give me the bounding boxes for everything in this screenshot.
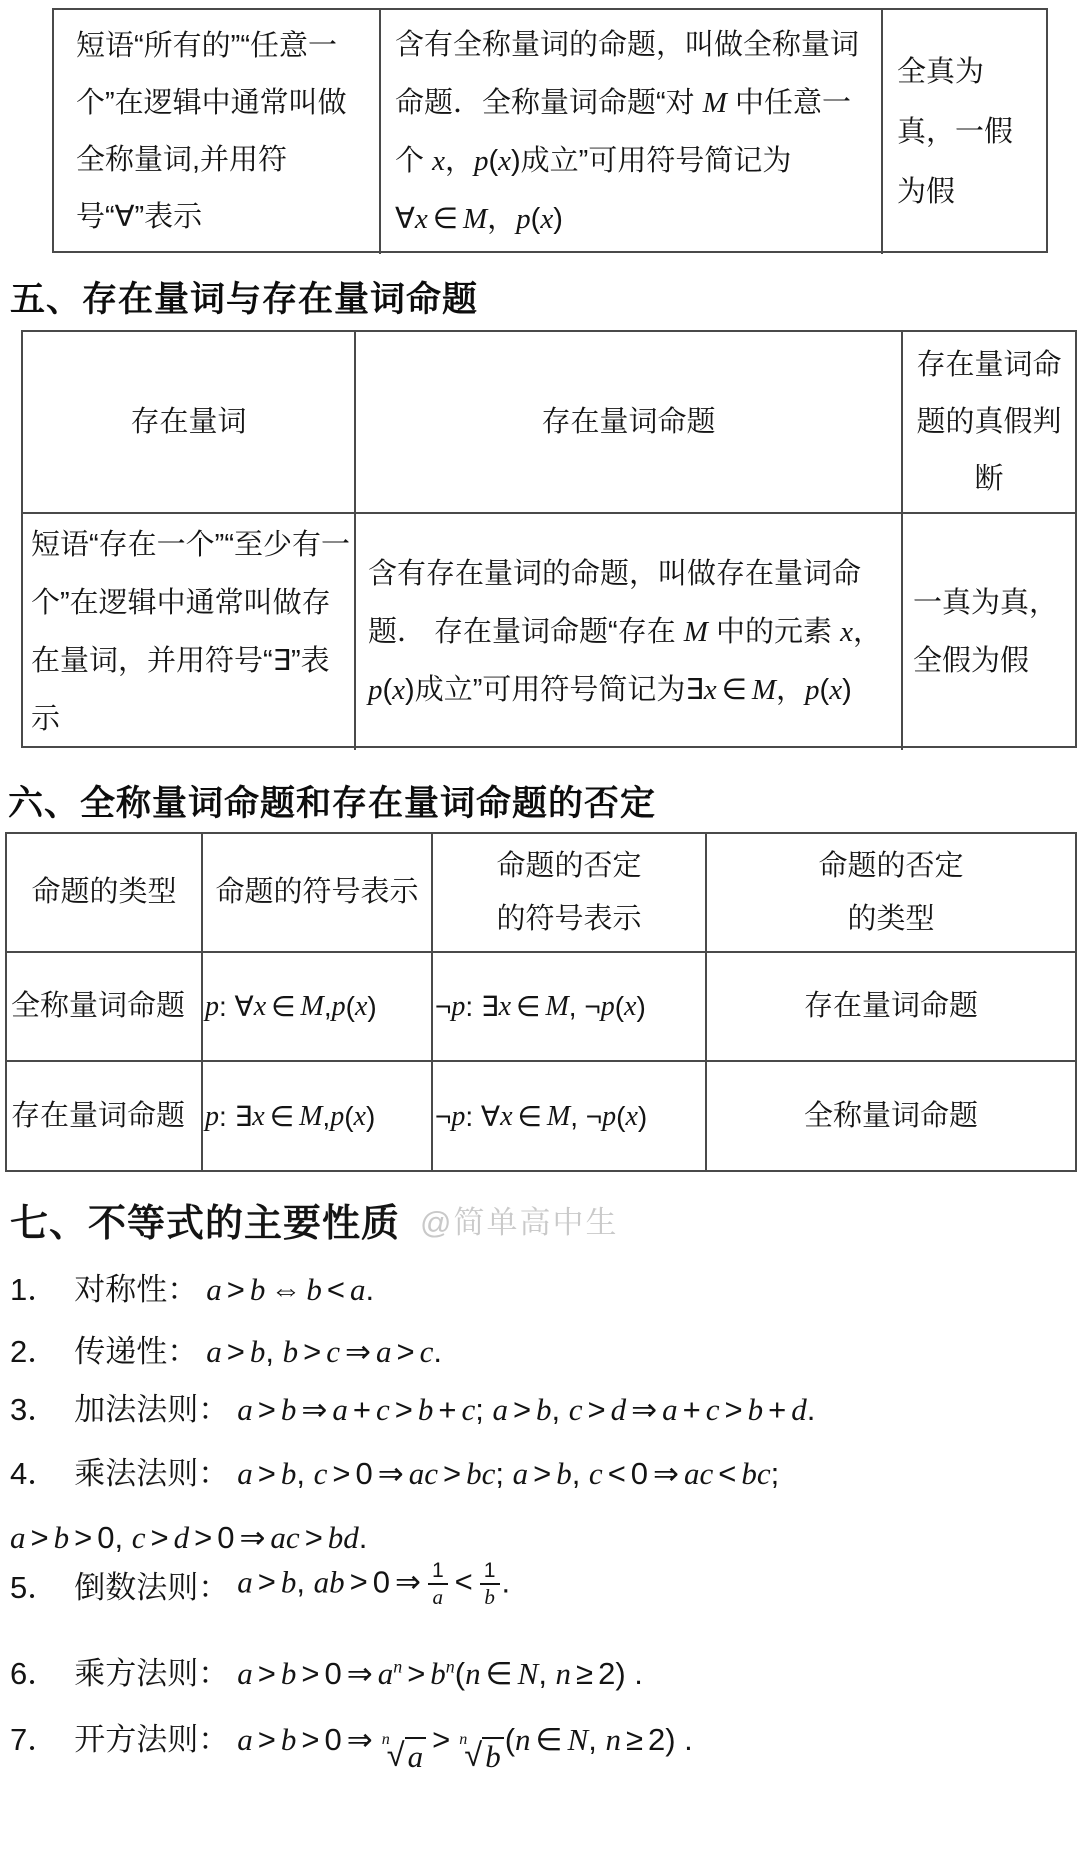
fraction: 1a [428, 1558, 448, 1611]
nth-root: n√a [379, 1737, 426, 1775]
property-item-root-rule: 7．开方法则：a>b>0⇒n√a>n√b(n∈N, n≥2) . [10, 1714, 693, 1775]
item-math: a>b⇔b<a. [206, 1272, 374, 1307]
property-item-transitivity: 2．传递性：a>b, b>c⇒a>c. [10, 1326, 442, 1371]
section-7-heading-row: 七、不等式的主要性质 @简单高中生 [10, 1192, 618, 1247]
item-label: 对称性： [74, 1272, 198, 1307]
item-number: 2． [10, 1334, 58, 1369]
item-label: 倒数法则： [74, 1562, 229, 1607]
negation-header-negation-type: 命题的否定 的类型 [707, 834, 1075, 953]
item-number: 5． [10, 1562, 58, 1607]
item-label: 传递性： [74, 1334, 198, 1369]
item-math: a>b>0⇒n√a>n√b(n∈N, n≥2) . [237, 1722, 693, 1757]
section-6-heading: 六、全称量词命题和存在量词命题的否定 [8, 776, 656, 826]
universal-proposition-cell: 含有全称量词的命题，叫做全称量词命题．全称量词命题“对 M 中任意一个 x，p(… [381, 10, 883, 254]
negation-header-symbolic: 命题的符号表示 [203, 834, 433, 953]
negation-header-type: 命题的类型 [7, 834, 203, 953]
item-math: a>b, ab>0⇒1a<1b. [237, 1558, 510, 1611]
existential-header-proposition: 存在量词命题 [356, 332, 903, 514]
negation-row-negation-type: 存在量词命题 [707, 953, 1075, 1062]
negation-row-type: 全称量词命题 [7, 953, 203, 1062]
universal-quantifier-table: 短语“所有的”“任意一个”在逻辑中通常叫做全称量词,并用符号“∀”表示 含有全称… [52, 8, 1048, 253]
section-5-heading: 五、存在量词与存在量词命题 [10, 272, 478, 322]
negation-header-negation-symbolic: 命题的否定 的符号表示 [433, 834, 707, 953]
property-item-reciprocal-rule: 5．倒数法则：a>b, ab>0⇒1a<1b. [10, 1558, 510, 1611]
item-math: a>b>0⇒an>bn(n∈N, n≥2) . [237, 1656, 643, 1691]
universal-truth-text: 全真为 真，一假 为假 [897, 42, 1013, 222]
item-number: 4． [10, 1456, 58, 1491]
item-number: 7． [10, 1722, 58, 1757]
universal-proposition-text: 含有全称量词的命题，叫做全称量词命题．全称量词命题“对 M 中任意一个 x，p(… [395, 16, 875, 248]
universal-quantifier-phrase-text: 短语“所有的”“任意一个”在逻辑中通常叫做全称量词,并用符号“∀”表示 [76, 18, 371, 246]
universal-quantifier-phrase-cell: 短语“所有的”“任意一个”在逻辑中通常叫做全称量词,并用符号“∀”表示 [54, 10, 381, 254]
negation-row-type: 存在量词命题 [7, 1062, 203, 1170]
property-item-multiplication-rule: 4．乘法法则：a>b, c>0⇒ac>bc; a>b, c<0⇒ac<bc;a>… [10, 1442, 1070, 1570]
section-7-heading: 七、不等式的主要性质 [10, 1192, 400, 1247]
item-number: 1． [10, 1272, 58, 1307]
item-label: 加法法则： [74, 1392, 229, 1427]
property-item-power-rule: 6．乘方法则：a>b>0⇒an>bn(n∈N, n≥2) . [10, 1648, 643, 1693]
existential-truth-cell: 一真为真， 全假为假 [903, 514, 1075, 750]
property-item-symmetry: 1．对称性：a>b⇔b<a. [10, 1264, 374, 1309]
document-page: 短语“所有的”“任意一个”在逻辑中通常叫做全称量词,并用符号“∀”表示 含有全称… [0, 0, 1080, 1854]
existential-proposition-text: 含有存在量词的命题，叫做存在量词命题． 存在量词命题“存在 M 中的元素 x，p… [368, 545, 895, 719]
negation-table: 命题的类型 命题的符号表示 命题的否定 的符号表示 命题的否定 的类型 全称量词… [5, 832, 1077, 1172]
existential-truth-text: 一真为真， 全假为假 [913, 574, 1058, 690]
item-label: 开方法则： [74, 1722, 229, 1757]
property-item-addition-rule: 3．加法法则：a>b⇒a+c>b+c; a>b, c>d⇒a+c>b+d. [10, 1384, 815, 1429]
universal-truth-cell: 全真为 真，一假 为假 [883, 10, 1046, 254]
negation-row-symbolic: p: ∃x∈M, p(x) [203, 1062, 433, 1170]
existential-proposition-cell: 含有存在量词的命题，叫做存在量词命题． 存在量词命题“存在 M 中的元素 x，p… [356, 514, 903, 750]
negation-row-negation-type: 全称量词命题 [707, 1062, 1075, 1170]
existential-header-truth: 存在量词命 题的真假判 断 [903, 332, 1075, 514]
existential-quantifier-phrase-cell: 短语“存在一个”“至少有一个”在逻辑中通常叫做存在量词，并用符号“∃”表示 [23, 514, 356, 750]
existential-quantifier-table: 存在量词 存在量词命题 存在量词命 题的真假判 断 短语“存在一个”“至少有一个… [21, 330, 1077, 748]
item-math: a>b, b>c⇒a>c. [206, 1334, 442, 1369]
existential-quantifier-phrase-text: 短语“存在一个”“至少有一个”在逻辑中通常叫做存在量词，并用符号“∃”表示 [31, 516, 350, 748]
item-number: 6． [10, 1656, 58, 1691]
watermark-credit: @简单高中生 [420, 1197, 618, 1242]
item-label: 乘方法则： [74, 1656, 229, 1691]
fraction: 1b [480, 1558, 500, 1611]
nth-root: n√b [456, 1737, 503, 1775]
item-math: a>b⇒a+c>b+c; a>b, c>d⇒a+c>b+d. [237, 1392, 815, 1427]
negation-row-negation-symbolic: ¬p: ∀x∈M, ¬p(x) [433, 1062, 707, 1170]
item-number: 3． [10, 1392, 58, 1427]
negation-row-symbolic: p: ∀x∈M, p(x) [203, 953, 433, 1062]
negation-row-negation-symbolic: ¬p: ∃x∈M, ¬p(x) [433, 953, 707, 1062]
existential-header-quantifier: 存在量词 [23, 332, 356, 514]
item-label: 乘法法则： [74, 1456, 229, 1491]
